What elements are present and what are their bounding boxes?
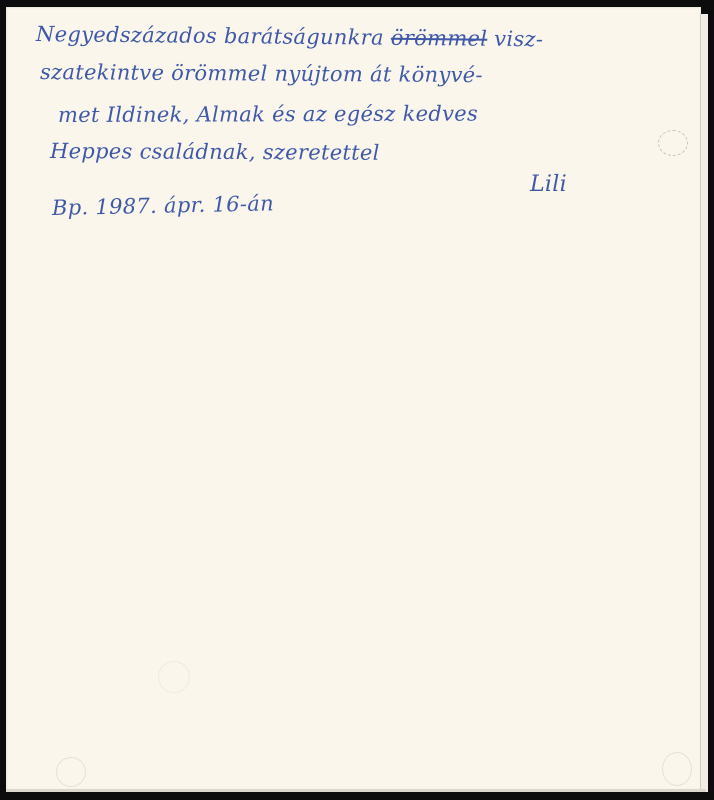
dedication-line-3: met Ildinek, Almak és az egész kedves — [58, 102, 478, 127]
card-bottom-edge — [6, 789, 706, 792]
corner-circle-left — [56, 757, 86, 787]
stain-mark — [658, 130, 688, 156]
signature: Lili — [530, 172, 567, 197]
date-line: Bp. 1987. ápr. 16-án — [52, 191, 274, 220]
faint-circle-middle — [158, 661, 190, 693]
line-1-end: visz- — [487, 27, 543, 52]
line-1-start: Negyedszázados barátságunkra — [36, 22, 391, 50]
struck-word: örömmel — [391, 26, 488, 51]
corner-circle-right — [662, 752, 692, 786]
dedication-line-4: Heppes családnak, szeretettel — [50, 139, 380, 165]
card-right-edge — [700, 14, 708, 792]
dedication-line-2: szatekintve örömmel nyújtom át könyvé- — [40, 60, 483, 87]
